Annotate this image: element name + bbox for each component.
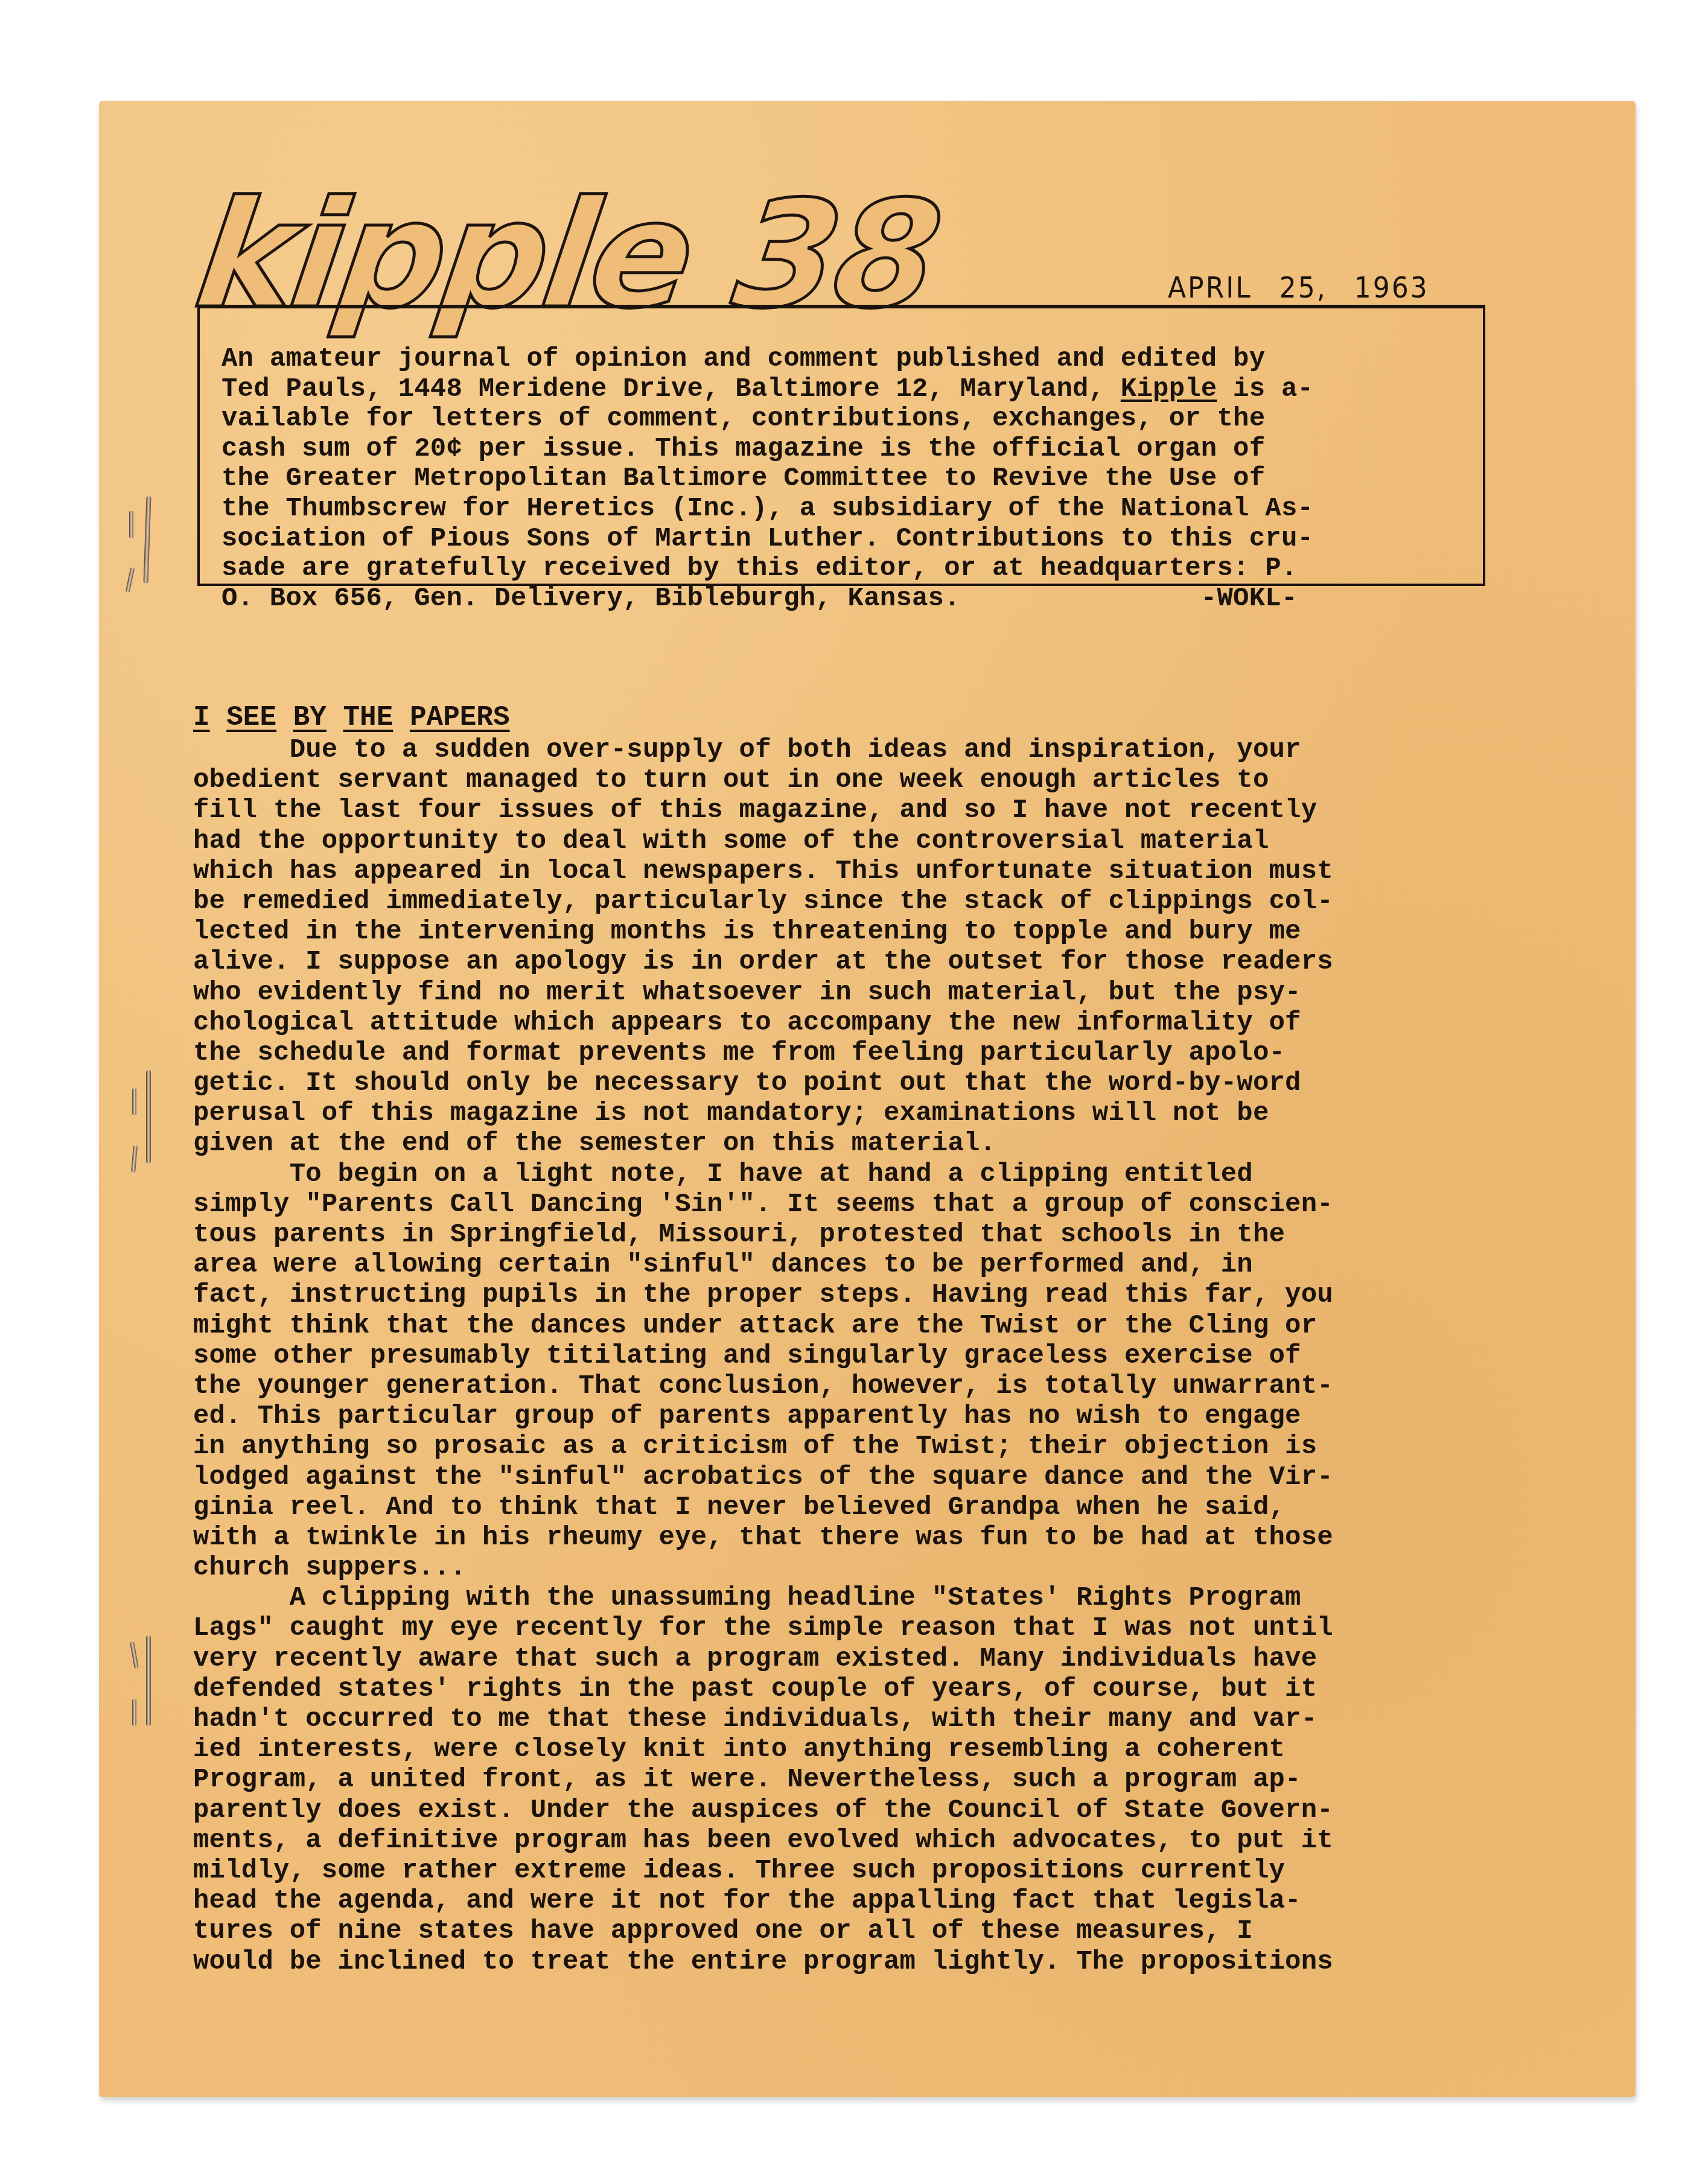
body-line: Due to a sudden over-supply of both idea… xyxy=(193,735,1491,765)
body-line: simply "Parents Call Dancing 'Sin'". It … xyxy=(193,1190,1491,1220)
body-line: would be inclined to treat the entire pr… xyxy=(193,1947,1491,1977)
colophon-box: An amateur journal of opinion and commen… xyxy=(197,305,1485,586)
body-line: area were allowing certain "sinful" danc… xyxy=(193,1250,1491,1280)
body-line: lected in the intervening months is thre… xyxy=(193,917,1491,947)
body-line: some other presumably titilating and sin… xyxy=(193,1341,1491,1371)
article-heading: I SEE BY THE PAPERS xyxy=(193,700,1491,735)
body-line: To begin on a light note, I have at hand… xyxy=(193,1159,1491,1190)
issue-date: APRIL 25, 1963 xyxy=(1168,271,1429,305)
magazine-name-underlined: Kipple xyxy=(1121,374,1217,404)
body-line: might think that the dances under attack… xyxy=(193,1311,1491,1341)
body-line: defended states' rights in the past coup… xyxy=(193,1674,1491,1704)
colophon-line: cash sum of 20¢ per issue. This magazine… xyxy=(221,435,1471,465)
body-line: the younger generation. That conclusion,… xyxy=(193,1371,1491,1401)
colophon-line: An amateur journal of opinion and commen… xyxy=(221,345,1471,375)
colophon-text: An amateur journal of opinion and commen… xyxy=(221,345,1471,614)
body-line: who evidently find no merit whatsoever i… xyxy=(193,978,1491,1008)
body-line: ed. This particular group of parents app… xyxy=(193,1401,1491,1432)
body-line: fill the last four issues of this magazi… xyxy=(193,795,1491,826)
body-line: Program, a united front, as it were. Nev… xyxy=(193,1765,1491,1795)
body-line: tures of nine states have approved one o… xyxy=(193,1916,1491,1946)
body-line: ments, a definitive program has been evo… xyxy=(193,1826,1491,1856)
body-line: which has appeared in local newspapers. … xyxy=(193,856,1491,887)
article-body: Due to a sudden over-supply of both idea… xyxy=(193,735,1491,1977)
body-line: chological attitude which appears to acc… xyxy=(193,1008,1491,1038)
body-line: A clipping with the unassuming headline … xyxy=(193,1583,1491,1613)
colophon-line: Ted Pauls, 1448 Meridene Drive, Baltimor… xyxy=(221,375,1471,405)
colophon-line: sociation of Pious Sons of Martin Luther… xyxy=(221,524,1471,555)
body-line: in anything so prosaic as a criticism of… xyxy=(193,1432,1491,1462)
body-line: tous parents in Springfield, Missouri, p… xyxy=(193,1220,1491,1250)
colophon-line: the Greater Metropolitan Baltimore Commi… xyxy=(221,464,1471,494)
colophon-line: O. Box 656, Gen. Delivery, Bibleburgh, K… xyxy=(221,584,1471,614)
body-line: hadn't occurred to me that these individ… xyxy=(193,1704,1491,1734)
colophon-line: the Thumbscrew for Heretics (Inc.), a su… xyxy=(221,494,1471,524)
body-line: with a twinkle in his rheumy eye, that t… xyxy=(193,1523,1491,1553)
article-i-see-by-the-papers: I SEE BY THE PAPERS Due to a sudden over… xyxy=(193,700,1491,1977)
body-line: had the opportunity to deal with some of… xyxy=(193,826,1491,856)
colophon-line: sade are gratefully received by this edi… xyxy=(221,554,1471,584)
body-line: mildly, some rather extreme ideas. Three… xyxy=(193,1856,1491,1886)
body-line: lodged against the "sinful" acrobatics o… xyxy=(193,1462,1491,1492)
body-line: be remedied immediately, particularly si… xyxy=(193,887,1491,917)
body-line: the schedule and format prevents me from… xyxy=(193,1038,1491,1068)
colophon-line: vailable for letters of comment, contrib… xyxy=(221,404,1471,435)
body-line: given at the end of the semester on this… xyxy=(193,1129,1491,1159)
body-line: ginia reel. And to think that I never be… xyxy=(193,1492,1491,1523)
body-line: perusal of this magazine is not mandator… xyxy=(193,1098,1491,1129)
body-line: church suppers... xyxy=(193,1553,1491,1583)
body-line: Lags" caught my eye recently for the sim… xyxy=(193,1613,1491,1643)
body-line: obedient servant managed to turn out in … xyxy=(193,765,1491,795)
body-line: ied interests, were closely knit into an… xyxy=(193,1734,1491,1765)
body-line: very recently aware that such a program … xyxy=(193,1644,1491,1674)
body-line: fact, instructing pupils in the proper s… xyxy=(193,1280,1491,1310)
body-line: alive. I suppose an apology is in order … xyxy=(193,947,1491,977)
body-line: head the agenda, and were it not for the… xyxy=(193,1886,1491,1916)
body-line: parently does exist. Under the auspices … xyxy=(193,1795,1491,1826)
body-line: getic. It should only be necessary to po… xyxy=(193,1068,1491,1098)
